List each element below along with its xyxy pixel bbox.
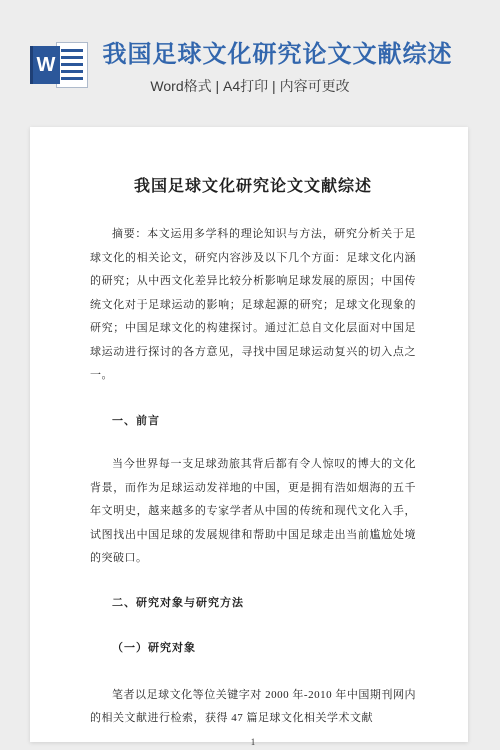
word-icon-document-sheet [56,42,88,88]
document-page: 我国足球文化研究论文文献综述 摘要：本文运用多学科的理论知识与方法，研究分析关于… [30,127,468,742]
document-title: 我国足球文化研究论文文献综述 [90,173,416,201]
section-heading-foreword: 一、前言 [90,410,416,434]
section-heading-research-methods: 二、研究对象与研究方法 [90,592,416,616]
header: W 我国足球文化研究论文文献综述 Word格式 | A4打印 | 内容可更改 [0,0,500,127]
page-number: 1 [90,731,416,750]
abstract-paragraph: 摘要：本文运用多学科的理论知识与方法，研究分析关于足球文化的相关论文，研究内容涉… [90,223,416,388]
word-file-icon: W [30,42,90,88]
research-object-paragraph: 笔者以足球文化等位关键字对 2000 年-2010 年中国期刊网内的相关文献进行… [90,684,416,731]
foreword-paragraph: 当今世界每一支足球劲旅其背后都有令人惊叹的博大的文化背景，而作为足球运动发祥地的… [90,453,416,571]
word-icon-letter: W [35,55,56,75]
subsection-heading-research-object: （一）研究对象 [90,637,416,661]
word-icon-panel: W [30,46,60,84]
